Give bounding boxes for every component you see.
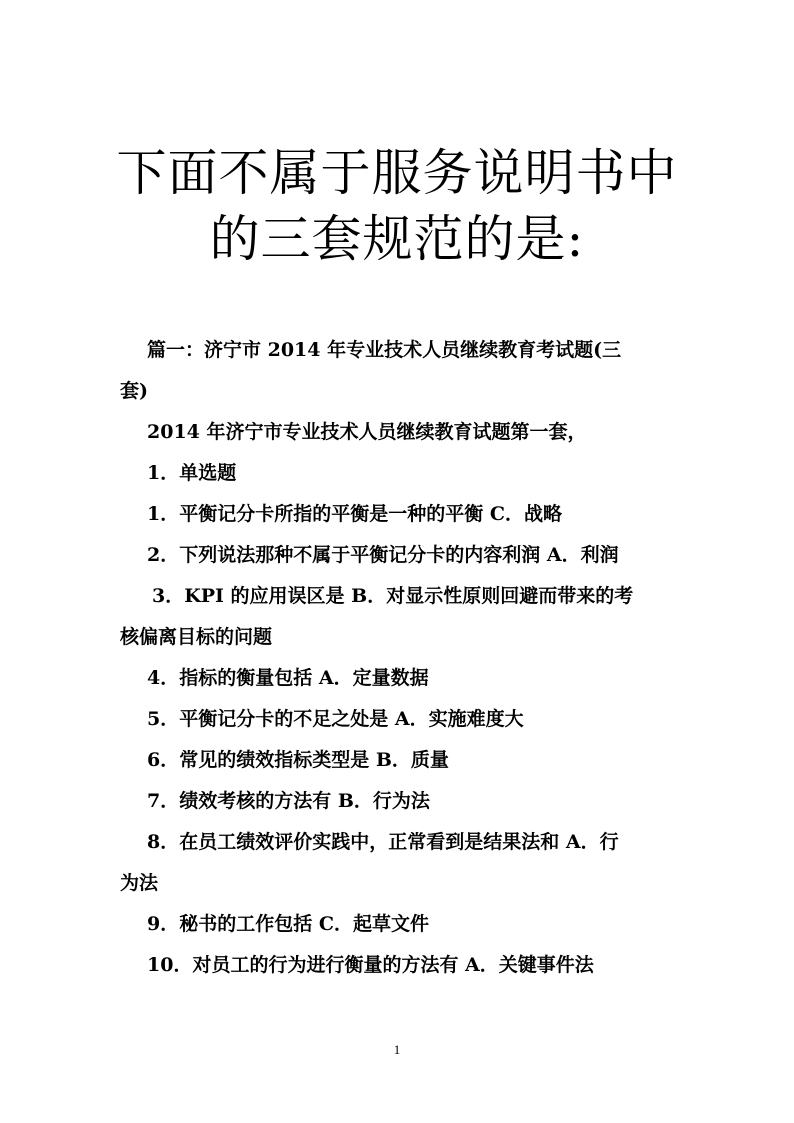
question-item-continuation: 为法 [120, 863, 676, 904]
question-type-heading: 1．单选题 [120, 453, 676, 494]
title-line-1: 下面不属于服务说明书中 [0, 140, 794, 206]
exam-subtitle: 2014 年济宁市专业技术人员继续教育试题第一套， [120, 412, 676, 453]
question-item: 1．平衡记分卡所指的平衡是一种的平衡 C．战略 [120, 494, 676, 535]
question-item: 10．对员工的行为进行衡量的方法有 A．关键事件法 [120, 945, 676, 986]
question-item-continuation: 核偏离目标的问题 [120, 617, 676, 658]
question-item: 4．指标的衡量包括 A．定量数据 [120, 658, 676, 699]
question-item: 7．绩效考核的方法有 B．行为法 [120, 781, 676, 822]
title-line-2: 的三套规范的是: [0, 206, 794, 272]
question-item: 5．平衡记分卡的不足之处是 A．实施难度大 [120, 699, 676, 740]
question-item: 8．在员工绩效评价实践中，正常看到是结果法和 A．行 [120, 822, 676, 863]
document-body: 篇一：济宁市 2014 年专业技术人员继续教育考试题(三 套) 2014 年济宁… [120, 330, 676, 986]
section-heading: 篇一：济宁市 2014 年专业技术人员继续教育考试题(三 [120, 330, 676, 371]
document-title: 下面不属于服务说明书中 的三套规范的是: [0, 140, 794, 272]
question-item: 2．下列说法那种不属于平衡记分卡的内容利润 A．利润 [120, 535, 676, 576]
page-number: 1 [0, 1042, 794, 1058]
document-page: 下面不属于服务说明书中 的三套规范的是: 篇一：济宁市 2014 年专业技术人员… [0, 0, 794, 1123]
section-heading-continuation: 套) [120, 371, 676, 412]
question-item: 6．常见的绩效指标类型是 B．质量 [120, 740, 676, 781]
question-item: 9．秘书的工作包括 C．起草文件 [120, 904, 676, 945]
question-item: 3．KPI 的应用误区是 B．对显示性原则回避而带来的考 [120, 576, 676, 617]
